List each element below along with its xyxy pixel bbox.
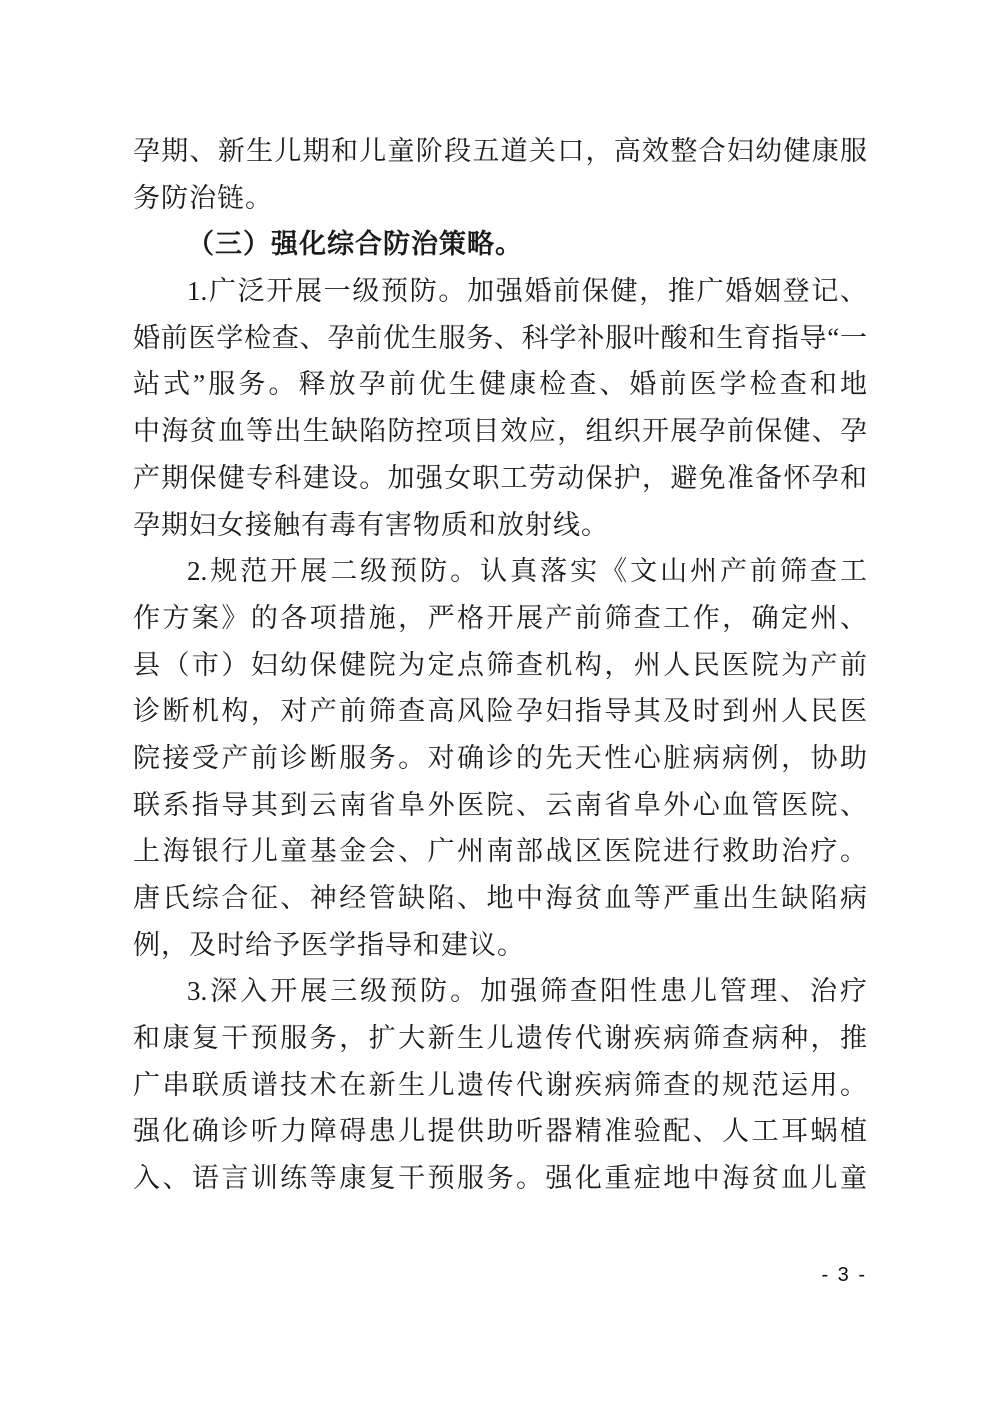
text-line: 强化确诊听力障碍患儿提供助听器精准验配、人工耳蜗植 [133,1108,867,1155]
text-line: 站式”服务。释放孕前优生健康检查、婚前医学检查和地 [133,361,867,408]
document-page: 孕期、新生儿期和儿童阶段五道关口，高效整合妇幼健康服 务防治链。 （三）强化综合… [0,0,1000,1414]
text-line: 联系指导其到云南省阜外医院、云南省阜外心血管医院、 [133,782,867,829]
text-line: 广串联质谱技术在新生儿遗传代谢疾病筛查的规范运用。 [133,1062,867,1109]
text-line: 和康复干预服务，扩大新生儿遗传代谢疾病筛查病种，推 [133,1015,867,1062]
text-line: 产期保健专科建设。加强女职工劳动保护，避免准备怀孕和 [133,455,867,502]
text-line: 务防治链。 [133,175,867,222]
text-line: 作方案》的各项措施，严格开展产前筛查工作，确定州、 [133,595,867,642]
text-line: 中海贫血等出生缺陷防控项目效应，组织开展孕前保健、孕 [133,408,867,455]
page-number: - 3 - [821,1262,867,1288]
text-line: 唐氏综合征、神经管缺陷、地中海贫血等严重出生缺陷病 [133,875,867,922]
document-body: 孕期、新生儿期和儿童阶段五道关口，高效整合妇幼健康服 务防治链。 （三）强化综合… [133,128,867,1202]
text-line: 诊断机构，对产前筛查高风险孕妇指导其及时到州人民医 [133,688,867,735]
paragraph-first-line: 3.深入开展三级预防。加强筛查阳性患儿管理、治疗 [133,968,867,1015]
text-line: 孕期、新生儿期和儿童阶段五道关口，高效整合妇幼健康服 [133,128,867,175]
text-line: 院接受产前诊断服务。对确诊的先天性心脏病病例，协助 [133,735,867,782]
paragraph-first-line: 2.规范开展二级预防。认真落实《文山州产前筛查工 [133,548,867,595]
text-line: 例，及时给予医学指导和建议。 [133,922,867,969]
text-line: 上海银行儿童基金会、广州南部战区医院进行救助治疗。 [133,828,867,875]
section-heading: （三）强化综合防治策略。 [133,221,867,268]
text-line: 孕期妇女接触有毒有害物质和放射线。 [133,502,867,549]
text-line: 县（市）妇幼保健院为定点筛查机构，州人民医院为产前 [133,642,867,689]
text-line: 入、语言训练等康复干预服务。强化重症地中海贫血儿童 [133,1155,867,1202]
text-line: 婚前医学检查、孕前优生服务、科学补服叶酸和生育指导“一 [133,315,867,362]
paragraph-first-line: 1.广泛开展一级预防。加强婚前保健，推广婚姻登记、 [133,268,867,315]
